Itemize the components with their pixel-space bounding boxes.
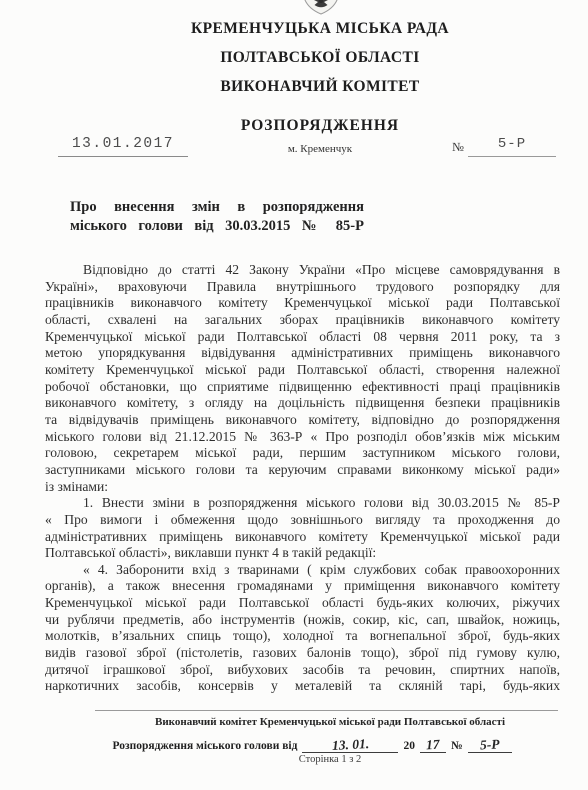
- body-line: та відвідувачів приміщень виконавчого ко…: [45, 412, 560, 429]
- body-line: комітету Кременчуцької міської ради Полт…: [45, 362, 560, 379]
- body-line: 1. Внести зміни в розпорядження міського…: [45, 495, 560, 512]
- body-line: метою упорядкування відвідування адмініс…: [45, 345, 560, 362]
- registration-number-field: 5-Р: [468, 736, 512, 753]
- body-line: робочої обстановки, що сприятиме підвище…: [45, 379, 560, 396]
- org-name-line3: ВИКОНАВЧИЙ КОМІТЕТ: [52, 78, 588, 96]
- number-label: №: [452, 140, 464, 155]
- body-line: органів), а також внесення громадянами у…: [45, 578, 560, 595]
- body-line: адміністративних приміщень виконавчого к…: [45, 529, 560, 546]
- body-line: дитячої іграшкової зброї, вибухових засо…: [45, 662, 560, 679]
- body-line: чи рублячи предметів, або інструментів (…: [45, 612, 560, 629]
- footer-divider: [95, 710, 558, 711]
- body-line: Україні», враховуючи Правила внутрішньог…: [45, 279, 560, 296]
- year-prefix: 20: [403, 740, 415, 753]
- page-indicator: Сторінка 1 з 2: [72, 754, 588, 765]
- body-line: із змінами:: [45, 479, 560, 496]
- body-line: заступниками міського голови та керуючим…: [45, 462, 560, 479]
- body-line: молотків, в’язальних спиць тощо), холодн…: [45, 628, 560, 645]
- document-date: 13.01.2017: [58, 136, 188, 157]
- title-line: Про внесення змін в розпорядження: [70, 198, 364, 217]
- body-line: Кременчуцької міської ради Полтавської о…: [45, 595, 560, 612]
- body-line: головою, секретарем міської ради, першим…: [45, 445, 560, 462]
- registration-year-field: 17: [420, 736, 446, 753]
- scanned-document-page: КРЕМЕНЧУЦЬКА МІСЬКА РАДА ПОЛТАВСЬКОЇ ОБЛ…: [0, 0, 588, 790]
- body-line: Відповідно до статті 42 Закону України «…: [45, 262, 560, 279]
- body-line: виконавчого комітету, з огляду на доціль…: [45, 395, 560, 412]
- footer-registration-row: Розпорядження міського голови від 13. 01…: [36, 733, 588, 753]
- city-coat-of-arms-icon: [299, 0, 343, 15]
- document-body: Відповідно до статті 42 Закону України «…: [45, 262, 560, 695]
- org-name-line1: КРЕМЕНЧУЦЬКА МІСЬКА РАДА: [52, 20, 588, 38]
- registration-date-field: 13. 01.: [302, 736, 398, 753]
- body-line: видів газової зброї (пістолетів, газових…: [45, 645, 560, 662]
- body-line: області, схвалені на загальних зборах пр…: [45, 312, 560, 329]
- document-number: 5-Р: [468, 136, 556, 157]
- body-line: Кременчуцької міської ради Полтавської о…: [45, 329, 560, 346]
- registration-label: Розпорядження міського голови від: [112, 740, 297, 753]
- body-line: « Про вимоги і обмеження щодо зовнішньог…: [45, 512, 560, 529]
- footer-org-name: Виконавчий комітет Кременчуцької міської…: [72, 716, 588, 728]
- document-header: КРЕМЕНЧУЦЬКА МІСЬКА РАДА ПОЛТАВСЬКОЇ ОБЛ…: [52, 20, 588, 135]
- document-title: Про внесення змін в розпорядження місько…: [70, 198, 364, 236]
- handwritten-date: 13. 01.: [332, 736, 370, 754]
- handwritten-year: 17: [426, 737, 440, 754]
- body-line: міського голови від 21.12.2015 № 363-Р «…: [45, 429, 560, 446]
- document-place: м. Кременчук: [270, 143, 370, 155]
- org-name-line2: ПОЛТАВСЬКОЇ ОБЛАСТІ: [52, 49, 588, 67]
- body-line: Полтавської області», виклавши пункт 4 в…: [45, 545, 560, 562]
- date-number-row: 13.01.2017 м. Кременчук № 5-Р: [0, 136, 588, 164]
- body-line: наркотичних засобів, консервів у металев…: [45, 678, 560, 695]
- handwritten-number: 5-Р: [479, 736, 499, 753]
- body-line: « 4. Заборонити вхід з тваринами ( крім …: [45, 562, 560, 579]
- body-line: працівників виконавчого комітету Кременч…: [45, 295, 560, 312]
- title-line: міського голови від 30.03.2015 № 85-Р: [70, 217, 364, 236]
- document-type-title: РОЗПОРЯДЖЕННЯ: [52, 117, 588, 135]
- registration-number-label: №: [451, 740, 463, 753]
